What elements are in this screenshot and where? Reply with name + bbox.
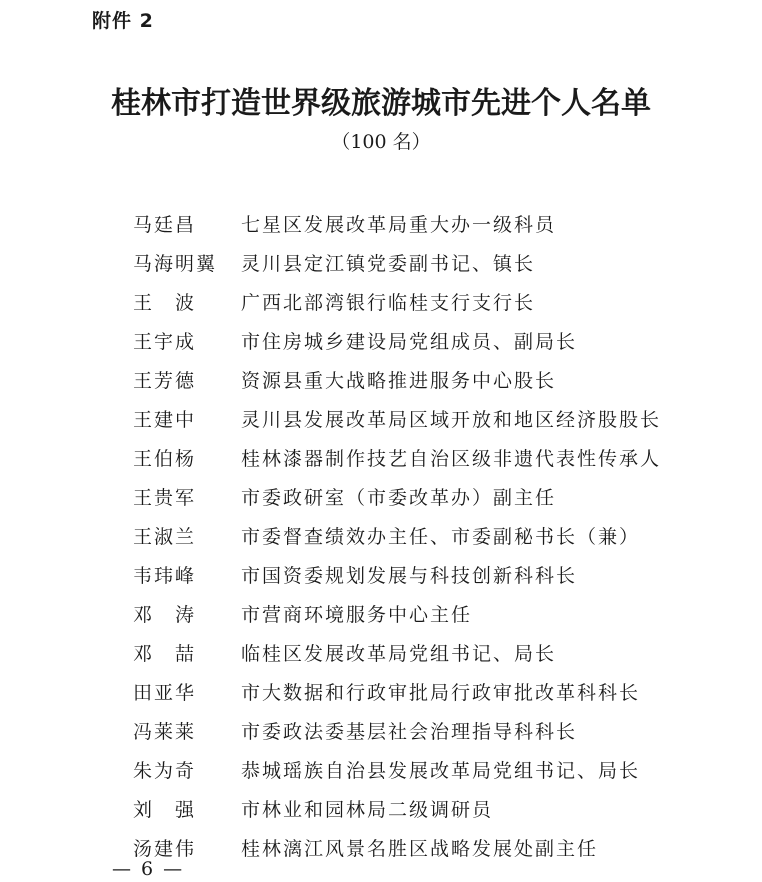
person-position: 市大数据和行政审批局行政审批改革科科长 xyxy=(241,678,640,705)
list-item: 王芳德资源县重大战略推进服务中心股长 xyxy=(133,360,661,399)
person-position: 市委政研室（市委改革办）副主任 xyxy=(241,483,556,510)
person-name: 朱为奇 xyxy=(133,756,241,783)
list-item: 王 波广西北部湾银行临桂支行支行长 xyxy=(133,282,661,321)
person-position: 市营商环境服务中心主任 xyxy=(241,600,472,627)
list-item: 王伯杨桂林漆器制作技艺自治区级非遗代表性传承人 xyxy=(133,438,661,477)
list-item: 马廷昌七星区发展改革局重大办一级科员 xyxy=(133,204,661,243)
list-item: 刘 强市林业和园林局二级调研员 xyxy=(133,789,661,828)
person-position: 资源县重大战略推进服务中心股长 xyxy=(241,366,556,393)
list-item: 马海明翼灵川县定江镇党委副书记、镇长 xyxy=(133,243,661,282)
person-position: 桂林漆器制作技艺自治区级非遗代表性传承人 xyxy=(241,444,661,471)
person-name: 王芳德 xyxy=(133,366,241,393)
person-name: 邓 涛 xyxy=(133,600,241,627)
person-name: 王伯杨 xyxy=(133,444,241,471)
person-position: 桂林漓江风景名胜区战略发展处副主任 xyxy=(241,834,598,861)
person-position: 市委督查绩效办主任、市委副秘书长（兼） xyxy=(241,522,640,549)
person-name: 马廷昌 xyxy=(133,210,241,237)
person-name: 冯莱莱 xyxy=(133,717,241,744)
document-title: 桂林市打造世界级旅游城市先进个人名单 xyxy=(0,78,762,122)
page-number: — 6 — xyxy=(112,858,184,880)
person-position: 恭城瑶族自治县发展改革局党组书记、局长 xyxy=(241,756,640,783)
person-position: 灵川县定江镇党委副书记、镇长 xyxy=(241,249,535,276)
person-name: 王建中 xyxy=(133,405,241,432)
person-name: 王宇成 xyxy=(133,327,241,354)
person-position: 市国资委规划发展与科技创新科科长 xyxy=(241,561,577,588)
person-name: 王淑兰 xyxy=(133,522,241,549)
list-item: 汤建伟桂林漓江风景名胜区战略发展处副主任 xyxy=(133,828,661,867)
list-item: 朱为奇恭城瑶族自治县发展改革局党组书记、局长 xyxy=(133,750,661,789)
person-name: 韦玮峰 xyxy=(133,561,241,588)
list-item: 王淑兰市委督查绩效办主任、市委副秘书长（兼） xyxy=(133,516,661,555)
list-item: 邓 涛市营商环境服务中心主任 xyxy=(133,594,661,633)
list-item: 冯莱莱市委政法委基层社会治理指导科科长 xyxy=(133,711,661,750)
person-position: 市委政法委基层社会治理指导科科长 xyxy=(241,717,577,744)
person-name: 王 波 xyxy=(133,288,241,315)
list-item: 韦玮峰市国资委规划发展与科技创新科科长 xyxy=(133,555,661,594)
list-item: 王贵军市委政研室（市委改革办）副主任 xyxy=(133,477,661,516)
list-item: 王建中灵川县发展改革局区域开放和地区经济股股长 xyxy=(133,399,661,438)
list-item: 王宇成市住房城乡建设局党组成员、副局长 xyxy=(133,321,661,360)
person-name: 邓 喆 xyxy=(133,639,241,666)
attachment-label: 附件 2 xyxy=(92,6,154,33)
person-name: 马海明翼 xyxy=(133,249,241,276)
person-name: 王贵军 xyxy=(133,483,241,510)
list-item: 田亚华市大数据和行政审批局行政审批改革科科长 xyxy=(133,672,661,711)
honoree-list: 马廷昌七星区发展改革局重大办一级科员 马海明翼灵川县定江镇党委副书记、镇长 王 … xyxy=(133,204,661,867)
person-position: 广西北部湾银行临桂支行支行长 xyxy=(241,288,535,315)
person-position: 临桂区发展改革局党组书记、局长 xyxy=(241,639,556,666)
person-position: 七星区发展改革局重大办一级科员 xyxy=(241,210,556,237)
list-item: 邓 喆临桂区发展改革局党组书记、局长 xyxy=(133,633,661,672)
person-position: 灵川县发展改革局区域开放和地区经济股股长 xyxy=(241,405,661,432)
recipient-count: （100 名） xyxy=(0,127,762,154)
person-name: 汤建伟 xyxy=(133,834,241,861)
person-name: 田亚华 xyxy=(133,678,241,705)
person-name: 刘 强 xyxy=(133,795,241,822)
person-position: 市林业和园林局二级调研员 xyxy=(241,795,493,822)
person-position: 市住房城乡建设局党组成员、副局长 xyxy=(241,327,577,354)
